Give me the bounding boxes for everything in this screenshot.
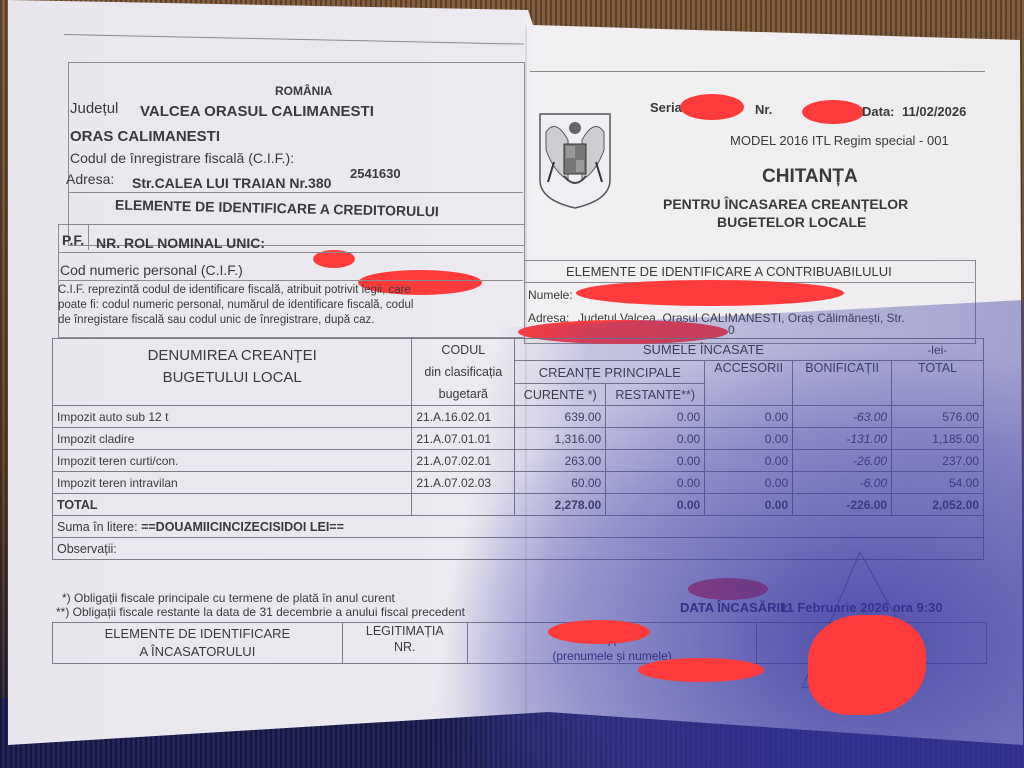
row-accessories: 0.00: [705, 472, 793, 494]
romania-coat-of-arms-icon: [536, 110, 614, 210]
row-bonus: -131.00: [793, 428, 892, 450]
redacted-number: [802, 100, 864, 124]
locality: ORAS CALIMANESTI: [70, 128, 220, 145]
table-row: Impozit auto sub 12 t21.A.16.02.01639.00…: [53, 406, 984, 428]
cif-label: Codul de înregistrare fiscală (C.I.F.):: [70, 150, 294, 166]
total-bonus: -226.00: [793, 494, 892, 516]
redacted-collector-name-1: [548, 620, 650, 644]
address-label: Adresa:: [66, 171, 114, 187]
row-name: Impozit teren intravilan: [53, 472, 412, 494]
row-code: 21.A.07.02.01: [412, 450, 515, 472]
cif-note-line-2: poate fi: codul numeric personal, număru…: [58, 299, 413, 311]
nr-label: Nr.: [755, 102, 772, 117]
col-header-principal: CREANȚE PRINCIPALE: [515, 361, 705, 384]
row-accessories: 0.00: [705, 428, 793, 450]
address-value: Str.CALEA LUI TRAIAN Nr.380: [132, 175, 331, 191]
col-header-currency: -lei-: [892, 339, 984, 361]
col-header-total: TOTAL: [892, 361, 984, 406]
footnote-arrears: **) Obligații fiscale restante la data d…: [56, 605, 465, 619]
col-header-accessories: ACCESORII: [705, 361, 793, 406]
header-row-1: DENUMIREA CREANȚEI BUGETULUI LOCAL CODUL…: [53, 339, 984, 361]
redacted-series: [680, 94, 744, 120]
col-header-current: CURENTE *): [515, 384, 606, 406]
row-current: 639.00: [515, 406, 606, 428]
total-arrears: 0.00: [606, 494, 705, 516]
row-total: 54.00: [892, 472, 984, 494]
cnp-row-divider: [58, 252, 523, 253]
col-header-name: DENUMIREA CREANȚEI BUGETULUI LOCAL: [53, 339, 412, 406]
col-header-bonus: BONIFICAȚII: [793, 361, 892, 406]
cif-note-line-1: C.I.F. reprezintă codul de identificare …: [58, 284, 411, 296]
row-bonus: -6.00: [793, 472, 892, 494]
row-code: 21.A.16.02.01: [412, 406, 515, 428]
total-label: TOTAL: [53, 494, 412, 516]
date-label: Data:: [862, 104, 895, 119]
row-accessories: 0.00: [705, 406, 793, 428]
row-code: 21.A.07.01.01: [412, 428, 515, 450]
row-name: Impozit auto sub 12 t: [53, 406, 412, 428]
row-current: 60.00: [515, 472, 606, 494]
cif-note-line-3: de înregistare fiscală sau codul unic de…: [58, 314, 374, 326]
pf-divider: [88, 224, 89, 250]
amount-in-words-label: Suma în litere:: [57, 520, 138, 534]
row-current: 263.00: [515, 450, 606, 472]
row-arrears: 0.00: [606, 450, 705, 472]
top-rule-right: [530, 71, 985, 72]
document-subtitle-1: PENTRU ÎNCASAREA CREANȚELOR: [663, 196, 908, 212]
taxpayer-name-label: Numele:: [528, 288, 573, 302]
county-value: VALCEA ORASUL CALIMANESTI: [140, 103, 374, 120]
cnp-label: Cod numeric personal (C.I.F.): [60, 262, 243, 278]
taxpayer-section-title: ELEMENTE DE IDENTIFICARE A CONTRIBUABILU…: [566, 264, 892, 279]
cif-value: 2541630: [350, 166, 401, 181]
collector-id-label: LEGITIMAȚIA NR.: [342, 623, 467, 664]
row-arrears: 0.00: [606, 472, 705, 494]
amount-in-words-value: ==DOUAMIICINCIZECISIDOI LEI==: [141, 520, 344, 534]
row-total: 237.00: [892, 450, 984, 472]
row-arrears: 0.00: [606, 428, 705, 450]
pf-label: P.F.: [62, 232, 84, 248]
form-model: MODEL 2016 ITL Regim special - 001: [730, 133, 949, 148]
county-label: Județul: [70, 100, 118, 117]
creditor-title-divider: [68, 192, 523, 193]
receipt-date: 11/02/2026: [902, 104, 966, 119]
total-row: TOTAL 2,278.00 0.00 0.00 -226.00 2,052.0…: [53, 494, 984, 516]
row-name: Impozit cladire: [53, 428, 412, 450]
row-current: 1,316.00: [515, 428, 606, 450]
redacted-collector-name-2: [638, 658, 764, 682]
country-name: ROMÂNIA: [275, 84, 332, 98]
series-label: Seria: [650, 100, 682, 115]
row-arrears: 0.00: [606, 406, 705, 428]
document-title: CHITANȚA: [762, 166, 858, 188]
cnp-note-divider: [58, 280, 523, 281]
table-row: Impozit teren curti/con.21.A.07.02.01263…: [53, 450, 984, 472]
row-name: Impozit teren curti/con.: [53, 450, 412, 472]
redacted-taxpayer-name: [576, 280, 844, 306]
row-total: 1,185.00: [892, 428, 984, 450]
collector-section-title: ELEMENTE DE IDENTIFICARE A ÎNCASATORULUI: [53, 623, 343, 664]
row-total: 576.00: [892, 406, 984, 428]
amount-in-words-row: Suma în litere: ==DOUAMIICINCIZECISIDOI …: [53, 516, 984, 538]
amounts-table: DENUMIREA CREANȚEI BUGETULUI LOCAL CODUL…: [52, 338, 984, 560]
col-header-arrears: RESTANTE**): [606, 384, 705, 406]
total-amount: 2,052.00: [892, 494, 984, 516]
amount-in-words: Suma în litere: ==DOUAMIICINCIZECISIDOI …: [53, 516, 984, 538]
document-subtitle-2: BUGETELOR LOCALE: [717, 214, 866, 230]
col-header-code: CODUL din clasificația bugetară: [412, 339, 515, 406]
footnote-current: *) Obligații fiscale principale cu terme…: [62, 591, 395, 605]
total-current: 2,278.00: [515, 494, 606, 516]
row-bonus: -63.00: [793, 406, 892, 428]
redacted-stamp-text: [688, 578, 768, 600]
row-bonus: -26.00: [793, 450, 892, 472]
redacted-signature: [808, 615, 926, 715]
total-accessories: 0.00: [705, 494, 793, 516]
row-code: 21.A.07.02.03: [412, 472, 515, 494]
payment-date-label: DATA ÎNCASĂRII:: [680, 600, 788, 615]
table-row: Impozit cladire21.A.07.01.011,316.000.00…: [53, 428, 984, 450]
col-header-sums: SUMELE ÎNCASATE: [515, 339, 892, 361]
rol-label: NR. ROL NOMINAL UNIC:: [96, 235, 265, 251]
taxpayer-address-tail: 0: [728, 323, 735, 337]
table-row: Impozit teren intravilan21.A.07.02.0360.…: [53, 472, 984, 494]
row-accessories: 0.00: [705, 450, 793, 472]
